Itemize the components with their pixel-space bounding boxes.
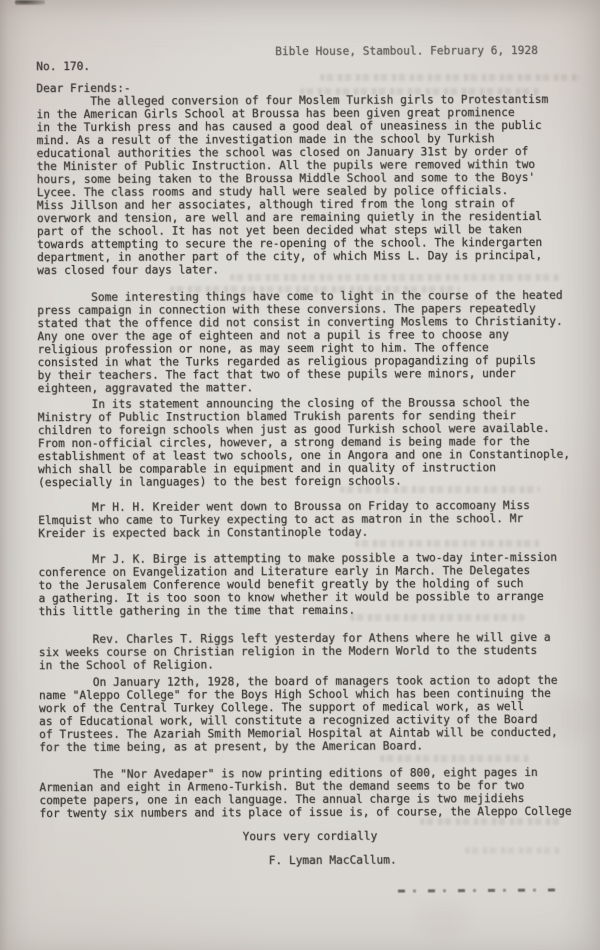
paragraph-ministry-statement: In its statement announcing the closing … — [38, 396, 571, 489]
salutation: Dear Friends:- — [36, 82, 130, 95]
paragraph-kreider-trip: Mr H. H. Kreider went down to Broussa on… — [38, 499, 530, 540]
letter-number: No. 170. — [36, 60, 90, 73]
paragraph-broussa-school-closing: The alleged conversion of four Moslem Tu… — [36, 93, 549, 277]
letter-body: Bible House, Stamboul. February 6, 1928 … — [0, 0, 600, 950]
paragraph-birge-conference: Mr J. K. Birge is attempting to make pos… — [38, 551, 557, 618]
dateline: Bible House, Stamboul. February 6, 1928 — [275, 44, 538, 58]
scanned-letter-page: Bible House, Stamboul. February 6, 1928 … — [0, 0, 600, 950]
paragraph-aleppo-college: On January 12th, 1928, the board of mana… — [39, 674, 558, 754]
paragraph-riggs-athens: Rev. Charles T. Riggs left yesterday for… — [39, 631, 551, 672]
closing-phrase: Yours very cordially — [243, 830, 378, 844]
signature-name: F. Lyman MacCallum. — [269, 854, 397, 868]
paragraph-nor-avedaper: The "Nor Avedaper" is now printing editi… — [39, 766, 571, 820]
paragraph-press-campaign: Some interesting things have come to lig… — [37, 289, 563, 395]
